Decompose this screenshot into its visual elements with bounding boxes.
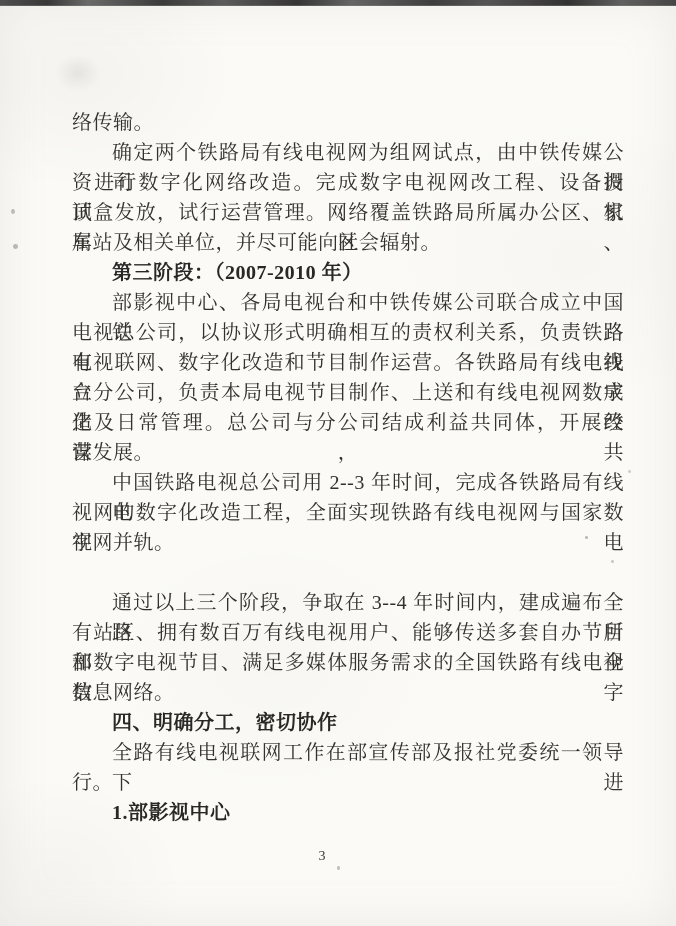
scan-smudge [48, 48, 108, 98]
text-line: 部影视中心、各局电视台和中铁传媒公司联合成立中国铁路 [72, 288, 624, 318]
text-line: 电视总公司，以协议形式明确相互的责权利关系，负责铁路有线 [72, 318, 624, 348]
scan-edge-artifact [0, 0, 676, 6]
text-line: 有站区、拥有数百万有线电视用户、能够传送多套自办节目和全 [72, 618, 624, 648]
text-line: 四、明确分工，密切协作 [72, 708, 624, 738]
text-line: 1.部影视中心 [72, 798, 624, 828]
text-line: 通过以上三个阶段，争取在 3--4 年时间内，建成遍布全路所 [72, 588, 624, 618]
scan-speck [337, 866, 340, 870]
scan-speck [11, 209, 15, 214]
text-line: 立分公司，负责本局电视节目制作、上送和有线电视网数字化改 [72, 378, 624, 408]
text-line: 部数字电视节目、满足多媒体服务需求的全国铁路有线电视数字 [72, 648, 624, 678]
text-line: 第三阶段：（2007-2010 年） [72, 258, 624, 288]
text-line: 电视联网、数字化改造和节目制作运营。各铁路局有线电视台成 [72, 348, 624, 378]
scan-speck [628, 470, 631, 473]
text-line: 视网的数字化改造工程，全面实现铁路有线电视网与国家数字电 [72, 498, 624, 528]
text-line: 资进行数字化网络改造。完成数字电视网改工程、设备调试、机 [72, 168, 624, 198]
document-body: 络传输。确定两个铁路局有线电视网为组网试点，由中铁传媒公司投资进行数字化网络改造… [72, 108, 624, 828]
page-number: 3 [292, 849, 352, 865]
text-line: 络传输。 [72, 108, 624, 138]
scanned-document-page: 络传输。确定两个铁路局有线电视网为组网试点，由中铁传媒公司投资进行数字化网络改造… [0, 0, 676, 926]
blank-line [72, 558, 624, 588]
text-line: 确定两个铁路局有线电视网为组网试点，由中铁传媒公司投 [72, 138, 624, 168]
scan-speck [13, 244, 18, 249]
text-line: 造及日常管理。总公司与分公司结成利益共同体，开展经营，共 [72, 408, 624, 438]
text-line: 中国铁路电视总公司用 2--3 年时间，完成各铁路局有线电 [72, 468, 624, 498]
text-line: 全路有线电视联网工作在部宣传部及报社党委统一领导下进 [72, 738, 624, 768]
text-line: 顶盒发放，试行运营管理。网络覆盖铁路局所属办公区、家属区、 [72, 198, 624, 228]
